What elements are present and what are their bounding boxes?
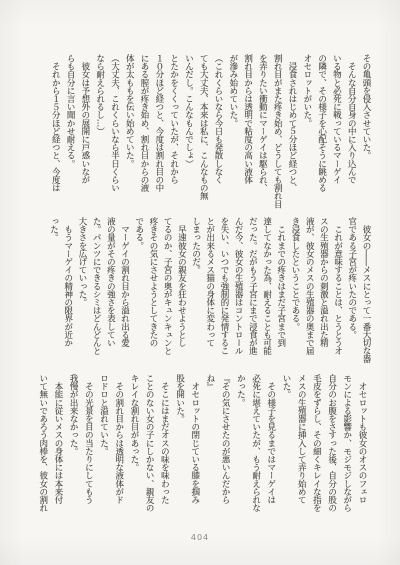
text-column: とたかをくくっていたが、それから [166, 54, 181, 212]
text-column: その光景を目の当たりにしてもう [80, 374, 95, 532]
text-column: その亀頭を侵入させていた。 [358, 54, 373, 212]
text-column: 割れ目がまた疼き始め、どうしても割れ目 [269, 54, 284, 212]
text-column: いる物と必死に戦っているマーゲイ [329, 54, 344, 212]
text-column: 官である子宮が疼いたのである。 [345, 217, 359, 375]
text-column: を弄りたい衝動にマーゲイは駆られ、 [255, 54, 270, 212]
text-column: メスの生殖器に挿入して弄り始めて [293, 374, 308, 532]
text-column: これが意味することは、とうとうオ [330, 217, 344, 375]
text-column: （これくらいなら今日も発散しなく [210, 54, 225, 212]
text-band-bottom: オセロットも彼女のオスのフェロモンによる影響か、モジモジしながら自分のお腹をさす… [24, 374, 369, 532]
text-column: 彼女の――メスにとって一番大切な器 [359, 217, 373, 375]
text-column: キレイな割れ目があった。 [126, 374, 141, 532]
text-column: てるのか、子宮の奥がキュンキュンと [160, 217, 174, 375]
text-band-middle: 彼女の――メスにとって一番大切な器官である子宮が疼いたのである。 これが意味する… [33, 217, 373, 375]
text-column: を失い、いつでも強制的に発情するこ [217, 217, 231, 375]
text-column: 本能に従いメスの身体には本来付 [50, 374, 65, 532]
text-column: 毛皮をずらし、その細くキレイな指を [308, 374, 323, 532]
text-column: ね』 [202, 374, 217, 532]
text-column: そこにはまだオスの味を味わった [156, 374, 171, 532]
text-column: んだ今、彼女の生殖器はコントロール [231, 217, 245, 375]
text-column: オセロットの閉じている膝を掴み [187, 374, 202, 532]
text-column: 大きさを広げていった。 [75, 217, 89, 375]
text-column: 必死に堪えていたが、もう耐えられな [247, 374, 262, 532]
text-column: の隣で、その様子を心配そうに眺める [314, 54, 329, 212]
text-column: もうマーゲイの精神の限界が近か [61, 217, 75, 375]
text-column: である。 [132, 217, 146, 375]
text-column: それから１５分ほど経つと、今度は [47, 54, 62, 212]
text-column: オセロットがいた。 [299, 54, 314, 212]
text-column: 『その気にさせたのが悪いんだから [217, 374, 232, 532]
text-column: が滲み始めていた。 [225, 54, 240, 212]
text-column: そんな自分自身の中に入り込んで [343, 54, 358, 212]
text-column: （大丈夫、これくらいなら半日くらい [107, 54, 122, 212]
text-column: 液の量がその疼きの強さを表してい [103, 217, 117, 375]
page-number: 404 [0, 533, 400, 542]
text-column: しまったのだ。 [188, 217, 202, 375]
text-column: オセロットも彼女のオスのフェロ [354, 374, 369, 532]
text-column: スの生殖器からの刺激と溢れ出た精 [316, 217, 330, 375]
text-column: その様子を見るまではマーゲイは [263, 374, 278, 532]
text-column: かった。 [232, 374, 247, 532]
text-column: これまでの疼きはまだ子宮まで到 [274, 217, 288, 375]
text-column: ことのない女の子にしかない、親友の [141, 374, 156, 532]
text-column: 割れ目からは透明で粘度の高い液体 [240, 54, 255, 212]
text-column: 早速彼女の親友を狂わせようとし [174, 217, 188, 375]
text-band-top: その亀頭を侵入させていた。 そんな自分自身の中に入り込んでいる物と必死に戦ってい… [33, 54, 373, 212]
text-column: た。パンツにできるシミはどんどんと [89, 217, 103, 375]
text-column: 彼女は予想外の展開に戸惑いなが [77, 54, 92, 212]
text-column: いて無いであろう肉棒を、彼女の割れ [35, 374, 50, 532]
text-column: った。 [46, 217, 60, 375]
text-column: １０分ほど経つと、今度は割れ目の中 [151, 54, 166, 212]
text-column: にある膣が疼き始め、割れ目からの液 [136, 54, 151, 212]
text-column: いんだし。こんなもんでしょ） [181, 54, 196, 212]
text-column: モンによる影響か、モジモジしながら [339, 374, 354, 532]
text-column: 達してなかった為、耐えることも可能 [259, 217, 273, 375]
text-column: ても大丈夫、本来は私に、こんなもの無 [195, 54, 210, 212]
text-column: なら耐えられるし…） [92, 54, 107, 212]
text-column: 自分のお腹をさすった後、自分の股の [323, 374, 338, 532]
text-column: 浸食されはじめて５分ほど経つと、 [284, 54, 299, 212]
text-column: 股を開いた。 [171, 374, 186, 532]
text-column: 疼きその気にさせようとしてきたの [146, 217, 160, 375]
text-column: らも自分に言い聞かせ耐える。 [62, 54, 77, 212]
text-column: 液が、彼女のメスの生殖器の奥まで届 [302, 217, 316, 375]
text-column: ロドロと溢れていた。 [95, 374, 110, 532]
text-column: とが出来るメス猫の身体に変わって [203, 217, 217, 375]
text-column: マーゲイの割れ目から溢れ出る愛 [117, 217, 131, 375]
text-column: だった。だがもう子宮にまで浸食が進 [245, 217, 259, 375]
text-column: 我慢が出来なかった。 [65, 374, 80, 532]
scanned-page: その亀頭を侵入させていた。 そんな自分自身の中に入り込んでいる物と必死に戦ってい… [0, 0, 400, 565]
text-column: 体が太ももを伝い始めていた。 [121, 54, 136, 212]
text-column: その割れ目からは透明な液体がド [111, 374, 126, 532]
text-column: いた。 [278, 374, 293, 532]
text-column: き浸食したということである。 [288, 217, 302, 375]
